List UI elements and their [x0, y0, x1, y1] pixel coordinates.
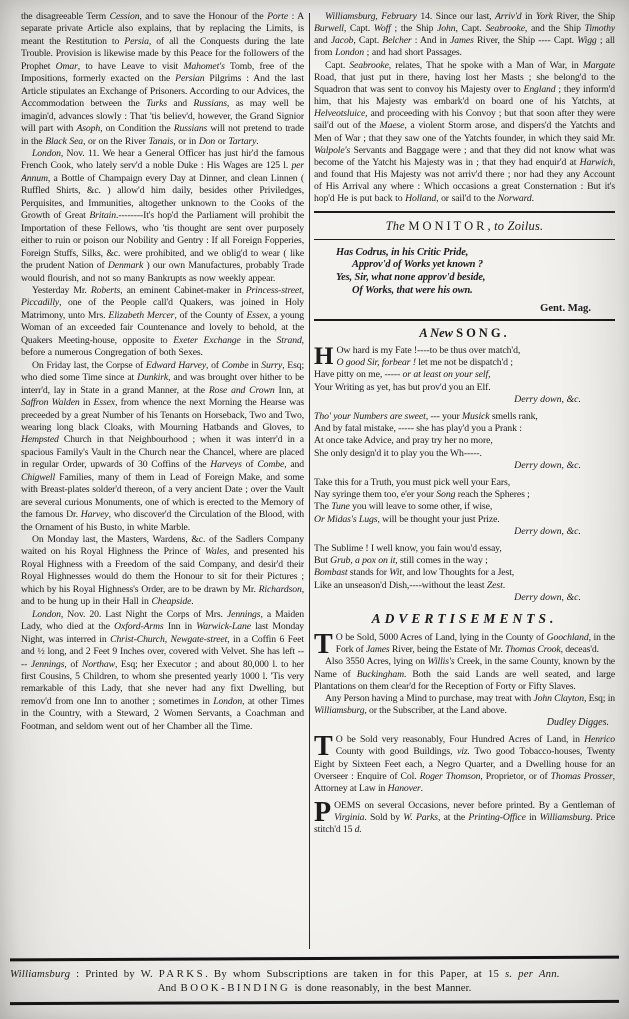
footer-rule-bottom	[10, 1000, 619, 1005]
song-line: She only design'd it to play you the Wh-…	[314, 448, 615, 460]
left-column: the disagreeable Term Cession, and to sa…	[21, 11, 304, 955]
monitor-heading: The MONITOR, to Zoilus.	[314, 219, 615, 234]
ad-paragraph: Also 3550 Acres, lying on Willis's Creek…	[314, 656, 615, 692]
poem-line: Has Codrus, in his Critic Pride,	[336, 247, 615, 260]
song-line: O good Sir, forbear ! let me not be disp…	[314, 357, 615, 369]
section-rule	[314, 319, 615, 320]
song-line: Your Writing as yet, has but prov'd you …	[314, 382, 615, 394]
poem-line: Of Works, that were his own.	[352, 285, 615, 298]
song-line: Bombast stands for Wit, and low Thoughts…	[314, 567, 615, 579]
poem-line: Yes, Sir, what none approv'd beside,	[336, 272, 615, 285]
advertisement: T O be Sold very reasonably, Four Hundre…	[314, 734, 615, 795]
monitor-poem: Has Codrus, in his Critic Pride, Approv'…	[336, 247, 615, 297]
right-column: Williamsburg, February 14. Since our las…	[314, 11, 615, 955]
song-line: Tho' your Numbers are sweet, --- your Mu…	[314, 411, 615, 423]
song-line: Like an unseason'd Dish,----without the …	[314, 580, 615, 592]
news-paragraph: Capt. Seabrooke, relates, That he spoke …	[314, 60, 615, 206]
song-line: But Grub, a pox on it, still comes in th…	[314, 555, 615, 567]
page-columns: the disagreeable Term Cession, and to sa…	[21, 11, 615, 955]
drop-cap: T	[314, 734, 336, 758]
footer-imprint: Williamsburg : Printed by W. PARKS. By w…	[10, 967, 619, 981]
song-refrain: Derry down, &c.	[314, 394, 581, 406]
song-stanza: The Sublime ! I well know, you fain wou'…	[314, 543, 615, 604]
drop-cap: P	[314, 800, 334, 824]
section-rule	[314, 211, 615, 213]
column-divider-rule	[309, 13, 310, 949]
song-refrain: Derry down, &c.	[314, 460, 581, 472]
news-paragraph: On Friday last, the Corpse of Edward Har…	[21, 360, 304, 534]
poem-attribution: Gent. Mag.	[314, 303, 591, 314]
footer-bookbinding: And BOOK-BINDING is done reasonably, in …	[10, 981, 619, 995]
song-heading: A New SONG.	[314, 326, 615, 341]
section-rule	[314, 239, 615, 240]
news-paragraph: Yesterday Mr. Roberts, an eminent Cabine…	[21, 285, 304, 360]
song-line: The Sublime ! I well know, you fain wou'…	[314, 543, 615, 555]
advertisements-heading: ADVERTISEMENTS.	[314, 611, 615, 627]
news-paragraph: the disagreeable Term Cession, and to sa…	[21, 11, 304, 148]
ad-paragraph: Any Person having a Mind to purchase, ma…	[314, 693, 615, 717]
footer-rule-top	[10, 956, 619, 962]
song-line: Ow hard is my Fate !----to be thus over …	[314, 345, 615, 357]
news-paragraph: London, Nov. 11. We hear a General Offic…	[21, 148, 304, 285]
song-line: Have pitty on me, ----- or at least on y…	[314, 369, 615, 381]
song-line: At once take Advice, and pray try her no…	[314, 435, 615, 447]
advertisement: P OEMS on several Occasions, never befor…	[314, 800, 615, 836]
newspaper-page: the disagreeable Term Cession, and to sa…	[0, 0, 629, 1019]
news-paragraph: Williamsburg, February 14. Since our las…	[314, 11, 615, 60]
news-paragraph: London, Nov. 20. Last Night the Corps of…	[21, 609, 304, 734]
song-refrain: Derry down, &c.	[314, 592, 581, 604]
drop-cap: T	[314, 632, 336, 656]
page-footer: Williamsburg : Printed by W. PARKS. By w…	[0, 957, 629, 1019]
song-stanza: Take this for a Truth, you must pick wel…	[314, 477, 615, 538]
ad-paragraph: O be Sold very reasonably, Four Hundred …	[314, 734, 615, 795]
ad-paragraph: OEMS on several Occasions, never before …	[314, 800, 615, 836]
ad-signature: Dudley Digges.	[314, 717, 609, 729]
song-line: Or Midas's Lugs, will be thought your ju…	[314, 514, 615, 526]
song-line: And by fatal mistake, ----- she has play…	[314, 423, 615, 435]
song-refrain: Derry down, &c.	[314, 526, 581, 538]
song-stanza: H Ow hard is my Fate !----to be thus ove…	[314, 345, 615, 406]
song-line: The Tune you will leave to some other, i…	[314, 501, 615, 513]
drop-cap: H	[314, 345, 336, 367]
song-line: Nay syringe them too, e'er your Song rea…	[314, 489, 615, 501]
advertisement: T O be Sold, 5000 Acres of Land, lying i…	[314, 632, 615, 729]
song-line: Take this for a Truth, you must pick wel…	[314, 477, 615, 489]
news-paragraph: On Monday last, the Masters, Wardens, &c…	[21, 534, 304, 609]
song-stanza: Tho' your Numbers are sweet, --- your Mu…	[314, 411, 615, 472]
poem-line: Approv'd of Works yet known ?	[352, 259, 615, 272]
ad-paragraph: O be Sold, 5000 Acres of Land, lying in …	[314, 632, 615, 656]
